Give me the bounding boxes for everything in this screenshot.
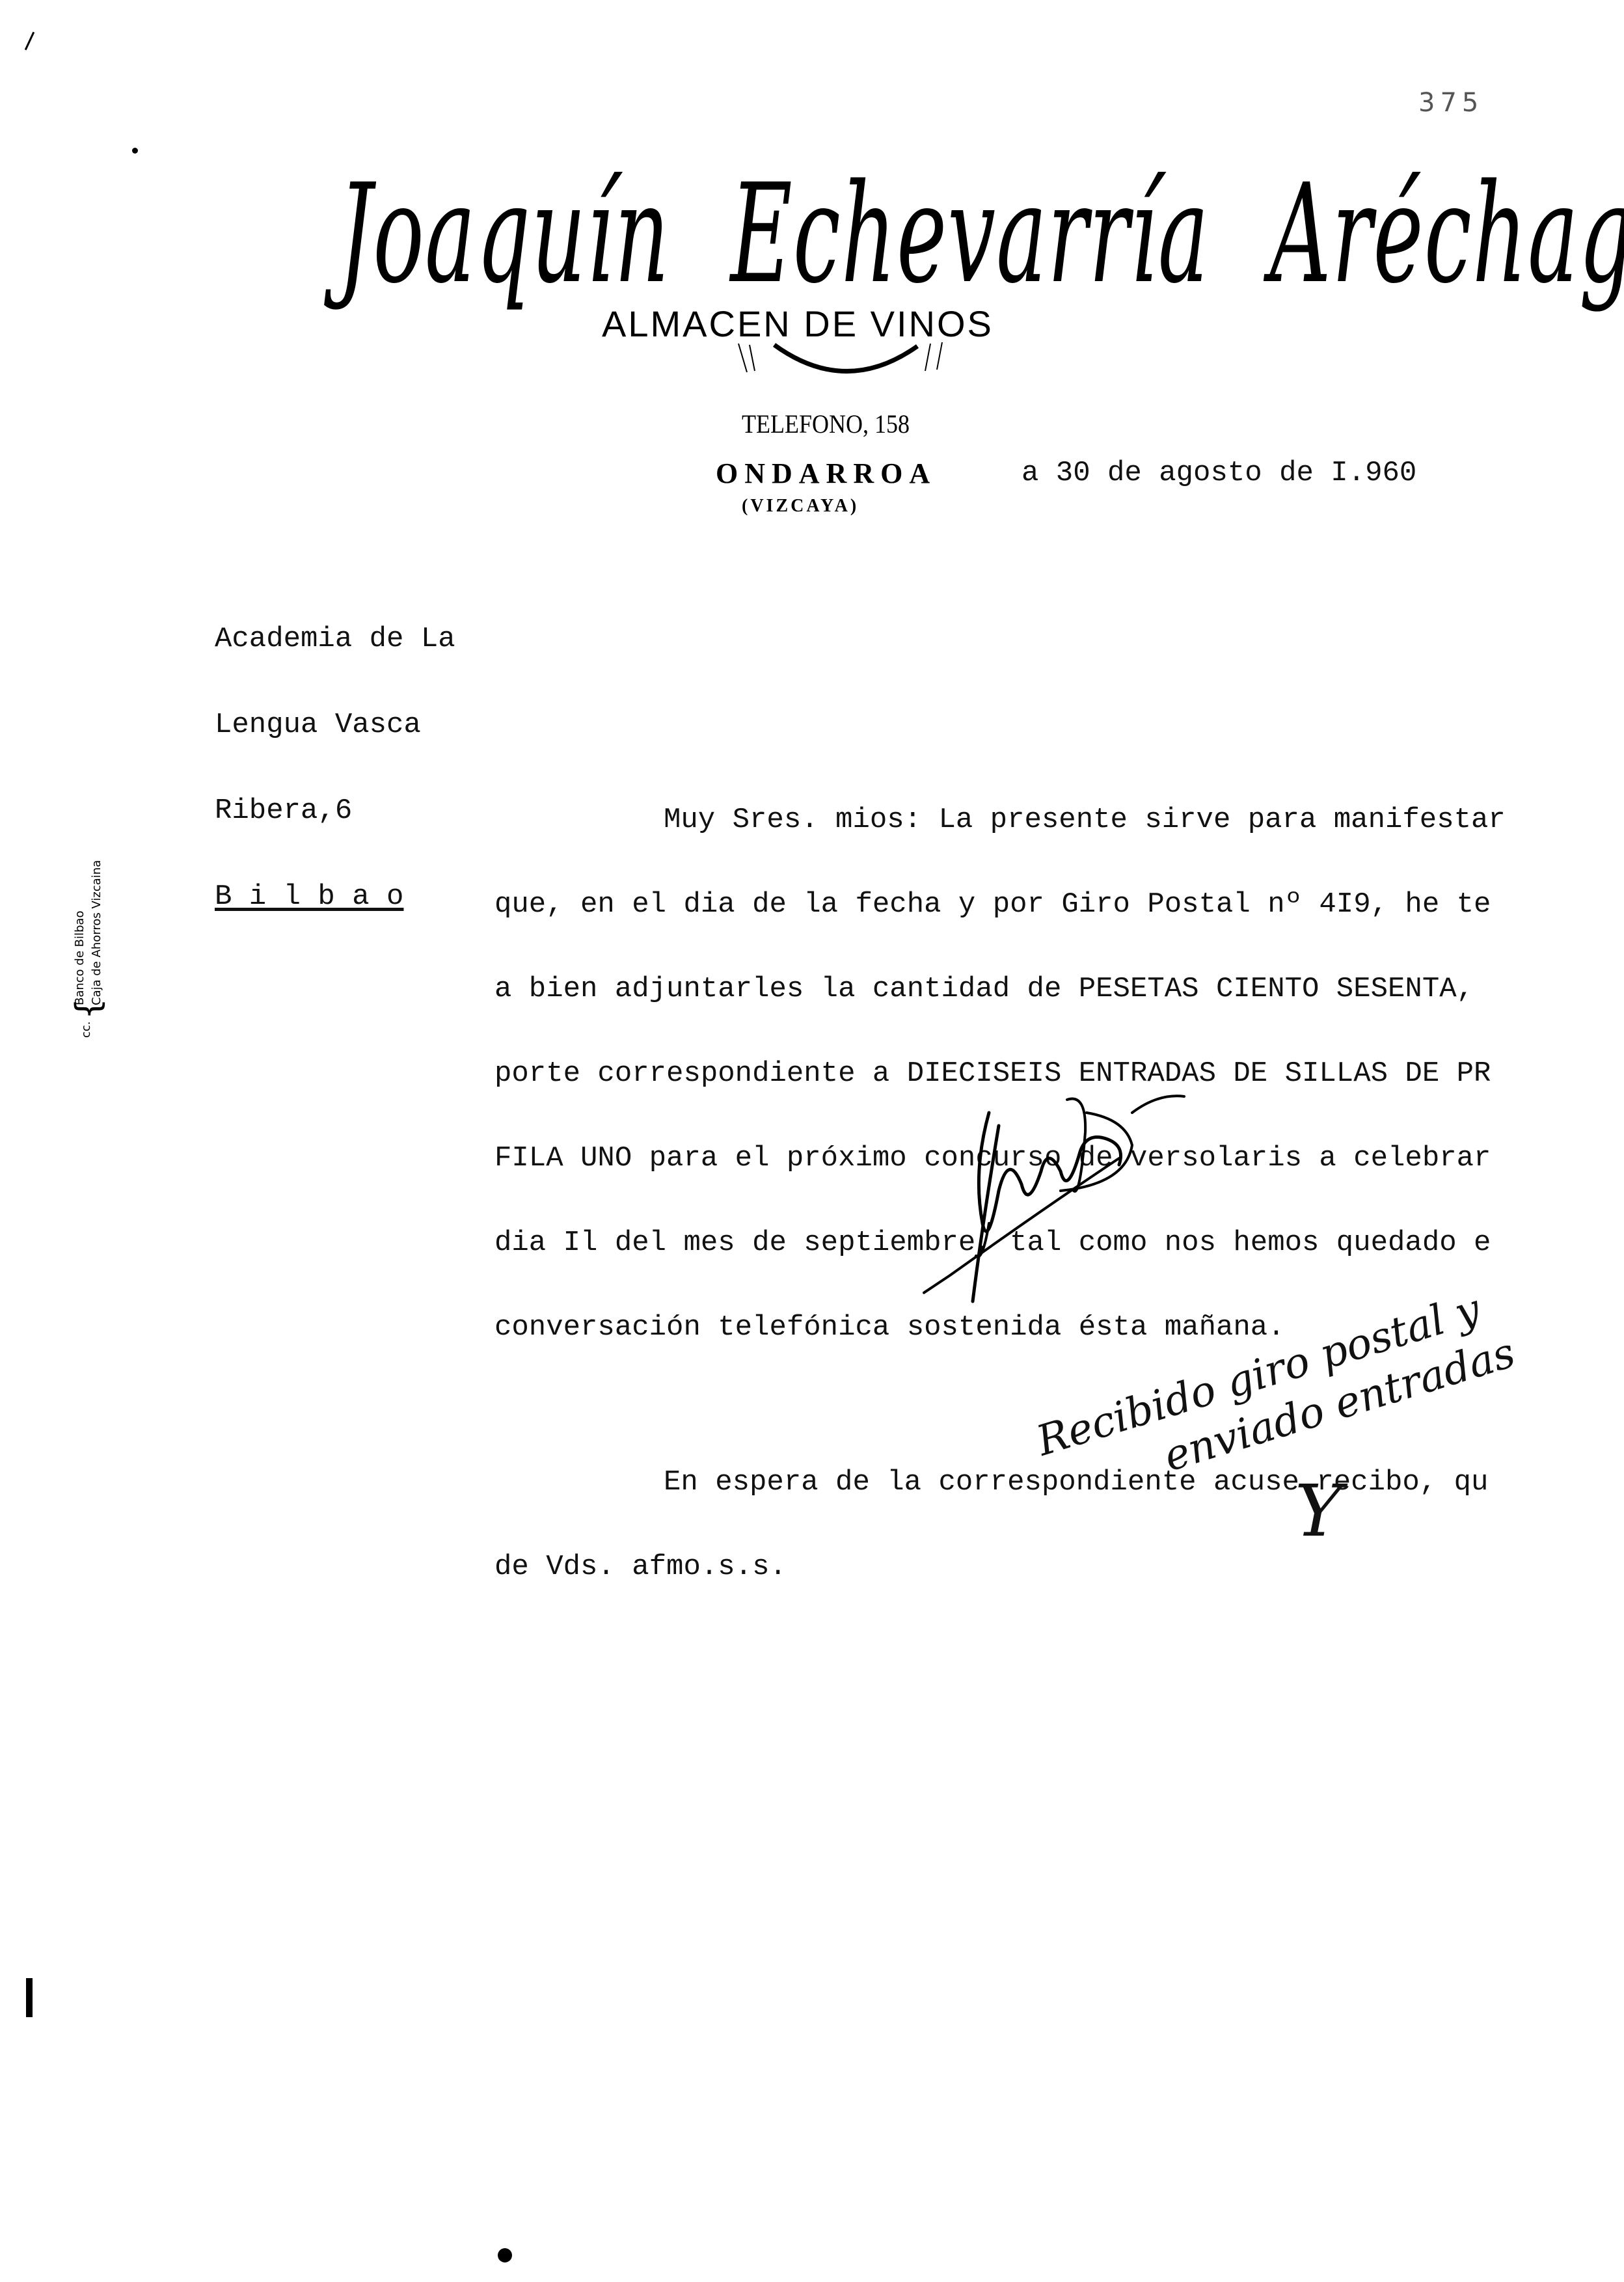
body-line: a bien adjuntarles la cantidad de PESETA… [494,975,1506,1002]
closing-line: de Vds. afmo.s.s. [494,1553,1506,1580]
margin-bank-1: Banco de Bilbao [72,719,88,1005]
letterhead-surname-1: Echevarría [731,154,1210,314]
letterhead-city: ONDARROA [716,457,936,490]
brace-icon: { [72,998,105,1020]
recipient-line: Academia de La [215,625,455,653]
margin-imprint-prefix: cc. [78,1021,95,1038]
scan-mark [132,148,138,154]
letterhead-first-name: Joaquín [338,154,670,314]
date-line: a 30 de agosto de I.960 [1022,457,1416,489]
scan-mark [25,32,34,50]
handwritten-annotation: Recibido giro postal y enviado entradas … [1015,1275,1522,1549]
letterhead-province: (VIZCAYA) [742,496,859,517]
archive-number: 375 [1418,88,1483,118]
margin-imprint: cc. { Banco de Bilbao Caja de Ahorros Vi… [72,719,124,1005]
body-line: porte correspondiente a DIECISEIS ENTRAD… [494,1059,1506,1087]
swash-ornament-icon [735,338,982,377]
margin-bank-2: Caja de Ahorros Vizcaina [88,719,105,1005]
recipient-city: B i l b a o [215,882,455,911]
recipient-line: Lengua Vasca [215,711,455,739]
letterhead-surname-2: Aréchaga [1270,154,1624,314]
recipient-line: Ribera,6 [215,796,455,825]
letterhead-telephone: TELEFONO, 158 [742,409,910,439]
body-line: Muy Sres. mios: La presente sirve para m… [494,806,1506,833]
scan-mark [26,1978,33,2017]
punch-hole-mark [498,2248,512,2262]
recipient-address: Academia de La Lengua Vasca Ribera,6 B i… [215,567,455,940]
body-line: que, en el dia de la fecha y por Giro Po… [494,890,1506,917]
annotation-initial: Y [1295,1469,1348,1549]
